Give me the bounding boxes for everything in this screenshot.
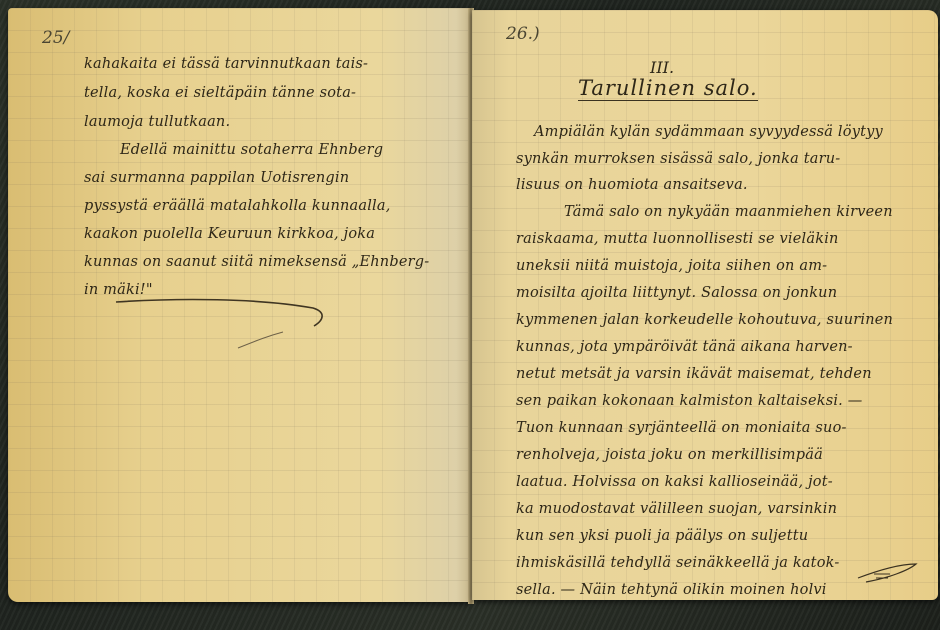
text-line: lisuus on huomiota ansaitseva. [516,177,748,193]
text-line: kymmenen jalan korkeudelle kohoutuva, su… [516,312,893,328]
text-line: kahakaita ei tässä tarvinnutkaan tais- [84,56,368,72]
left-page: 25/ kahakaita ei tässä tarvinnutkaan tai… [8,8,470,602]
page-number-right: 26.) [506,24,540,44]
text-line: moisilta ajoilta liittynyt. Salossa on j… [516,285,837,301]
text-line: renholveja, joista joku on merkillisimpä… [516,447,823,463]
text-line: netut metsät ja varsin ikävät maisemat, … [516,366,872,382]
text-line: Ampiälän kylän sydämmaan syvyydessä löyt… [534,124,883,140]
text-line: laumoja tullutkaan. [84,114,230,130]
text-line: kun sen yksi puoli ja päälys on suljettu [516,528,808,544]
text-line: synkän murroksen sisässä salo, jonka tar… [516,151,840,167]
text-line: tella, koska ei sieltäpäin tänne sota- [84,85,356,101]
text-line: kaakon puolella Keuruun kirkkoa, joka [84,226,375,242]
text-line: laatua. Holvissa on kaksi kallioseinää, … [516,474,833,490]
text-line: sella. — Näin tehtynä olikin moinen holv… [516,582,827,598]
chapter-title: Tarullinen salo. [578,76,758,101]
text-line: uneksii niitä muistoja, joita siihen on … [516,258,827,274]
text-line: sen paikan kokonaan kalmiston kaltaiseks… [516,393,863,409]
text-line: kunnas, jota ympäröivät tänä aikana harv… [516,339,853,355]
text-line: ka muodostavat välilleen suojan, varsink… [516,501,837,517]
chapter-number: III. [650,58,674,77]
text-line: kunnas on saanut siitä nimeksensä „Ehnbe… [84,254,429,270]
text-line: ihmiskäsillä tehdyllä seinäkkeellä ja ka… [516,555,839,571]
text-line: Tuon kunnaan syrjänteellä on moniaita su… [516,420,847,436]
text-line: pyssystä eräällä matalahkolla kunnaalla, [84,198,391,214]
text-line: raiskaama, mutta luonnollisesti se vielä… [516,231,839,247]
text-line: Tämä salo on nykyään maanmiehen kirveen [564,204,893,220]
page-number-left: 25/ [42,28,69,48]
text-line: Edellä mainittu sotaherra Ehnberg [120,142,383,158]
closing-flourish-icon [108,288,348,358]
right-page: 26.) III. Tarullinen salo. Ampiälän kylä… [472,10,938,600]
text-line: sai surmanna pappilan Uotisrengin [84,170,349,186]
catchword-flourish-icon [854,558,924,588]
